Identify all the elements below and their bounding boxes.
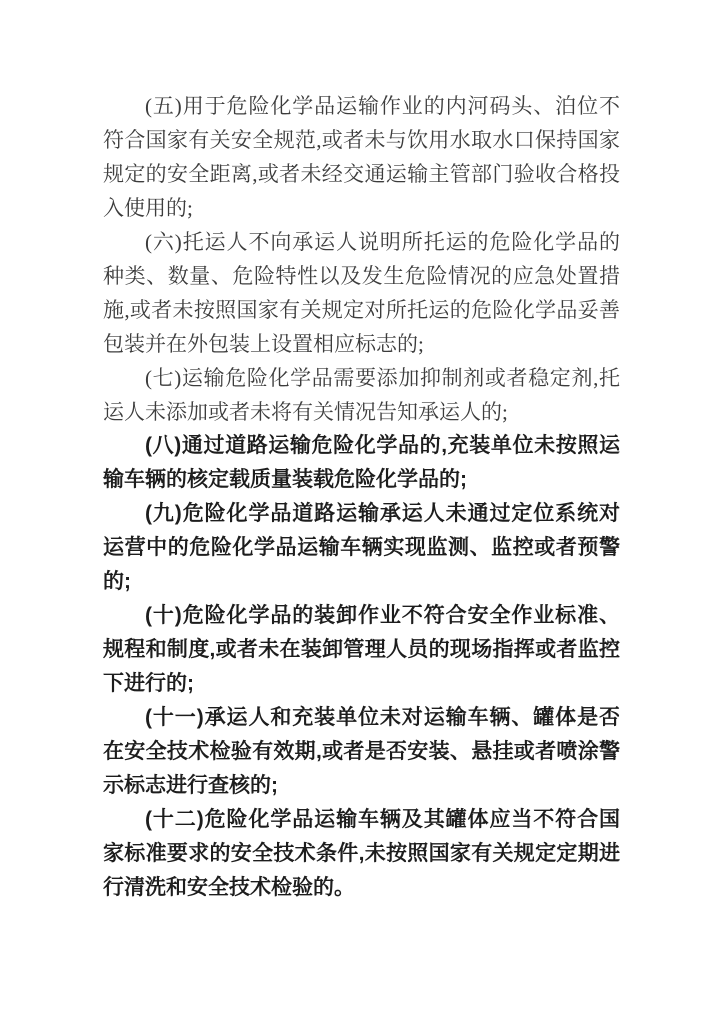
clause-item-11: (十一)承运人和充装单位未对运输车辆、罐体是否在安全技术检验有效期,或者是否安装… [103,701,620,803]
clause-item-8: (八)通过道路运输危险化学品的,充装单位未按照运输车辆的核定载质量装载危险化学品… [103,429,620,497]
clause-item-7: (七)运输危险化学品需要添加抑制剂或者稳定剂,托运人未添加或者未将有关情况告知承… [103,361,620,429]
document-page: (五)用于危险化学品运输作业的内河码头、泊位不符合国家有关安全规范,或者未与饮用… [0,0,720,1018]
clause-item-6: (六)托运人不向承运人说明所托运的危险化学品的种类、数量、危险特性以及发生危险情… [103,225,620,361]
clause-item-10: (十)危险化学品的装卸作业不符合安全作业标准、规程和制度,或者未在装卸管理人员的… [103,599,620,701]
clause-item-9: (九)危险化学品道路运输承运人未通过定位系统对运营中的危险化学品运输车辆实现监测… [103,497,620,599]
clause-item-12: (十二)危险化学品运输车辆及其罐体应当不符合国家标准要求的安全技术条件,未按照国… [103,803,620,905]
clause-item-5: (五)用于危险化学品运输作业的内河码头、泊位不符合国家有关安全规范,或者未与饮用… [103,89,620,225]
